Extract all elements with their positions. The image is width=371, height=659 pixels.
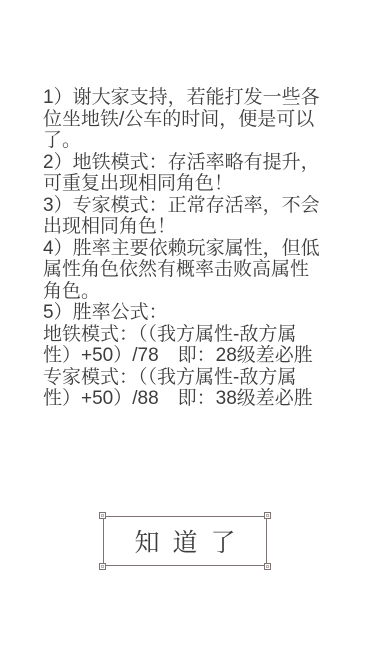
notice-line: 2）地铁模式：存活率略有提升， <box>43 152 343 174</box>
notice-line: 3）专家模式：正常存活率，不会 <box>43 195 343 217</box>
corner-ornament-icon <box>264 512 271 519</box>
corner-ornament-icon <box>264 563 271 570</box>
notice-line: 1）谢大家支持，若能打发一些各 <box>43 87 343 109</box>
corner-ornament-icon <box>99 512 106 519</box>
notice-line: 属性角色依然有概率击败高属性 <box>43 259 343 281</box>
confirm-button-label: 知 道 了 <box>135 523 239 559</box>
notice-line: 可重复出现相同角色！ <box>43 173 343 195</box>
notice-line: 5）胜率公式： <box>43 302 343 324</box>
notice-line: 位坐地铁/公车的时间，便是可以 <box>43 109 343 131</box>
corner-ornament-icon <box>99 563 106 570</box>
notice-line: 角色。 <box>43 281 343 303</box>
notice-line: 4）胜率主要依赖玩家属性，但低 <box>43 238 343 260</box>
notice-line: 性）+50）/78 即：28级差必胜 <box>43 345 343 367</box>
notice-line: 专家模式：（（我方属性-敌方属 <box>43 367 343 389</box>
notice-line: 性）+50）/88 即：38级差必胜 <box>43 388 343 410</box>
notice-text-block: 1）谢大家支持，若能打发一些各 位坐地铁/公车的时间，便是可以 了。 2）地铁模… <box>43 87 343 410</box>
notice-line: 了。 <box>43 130 343 152</box>
notice-line: 地铁模式：（（我方属性-敌方属 <box>43 324 343 346</box>
game-notice-dialog: 1）谢大家支持，若能打发一些各 位坐地铁/公车的时间，便是可以 了。 2）地铁模… <box>0 0 371 659</box>
confirm-button[interactable]: 知 道 了 <box>103 516 267 566</box>
notice-line: 出现相同角色！ <box>43 216 343 238</box>
